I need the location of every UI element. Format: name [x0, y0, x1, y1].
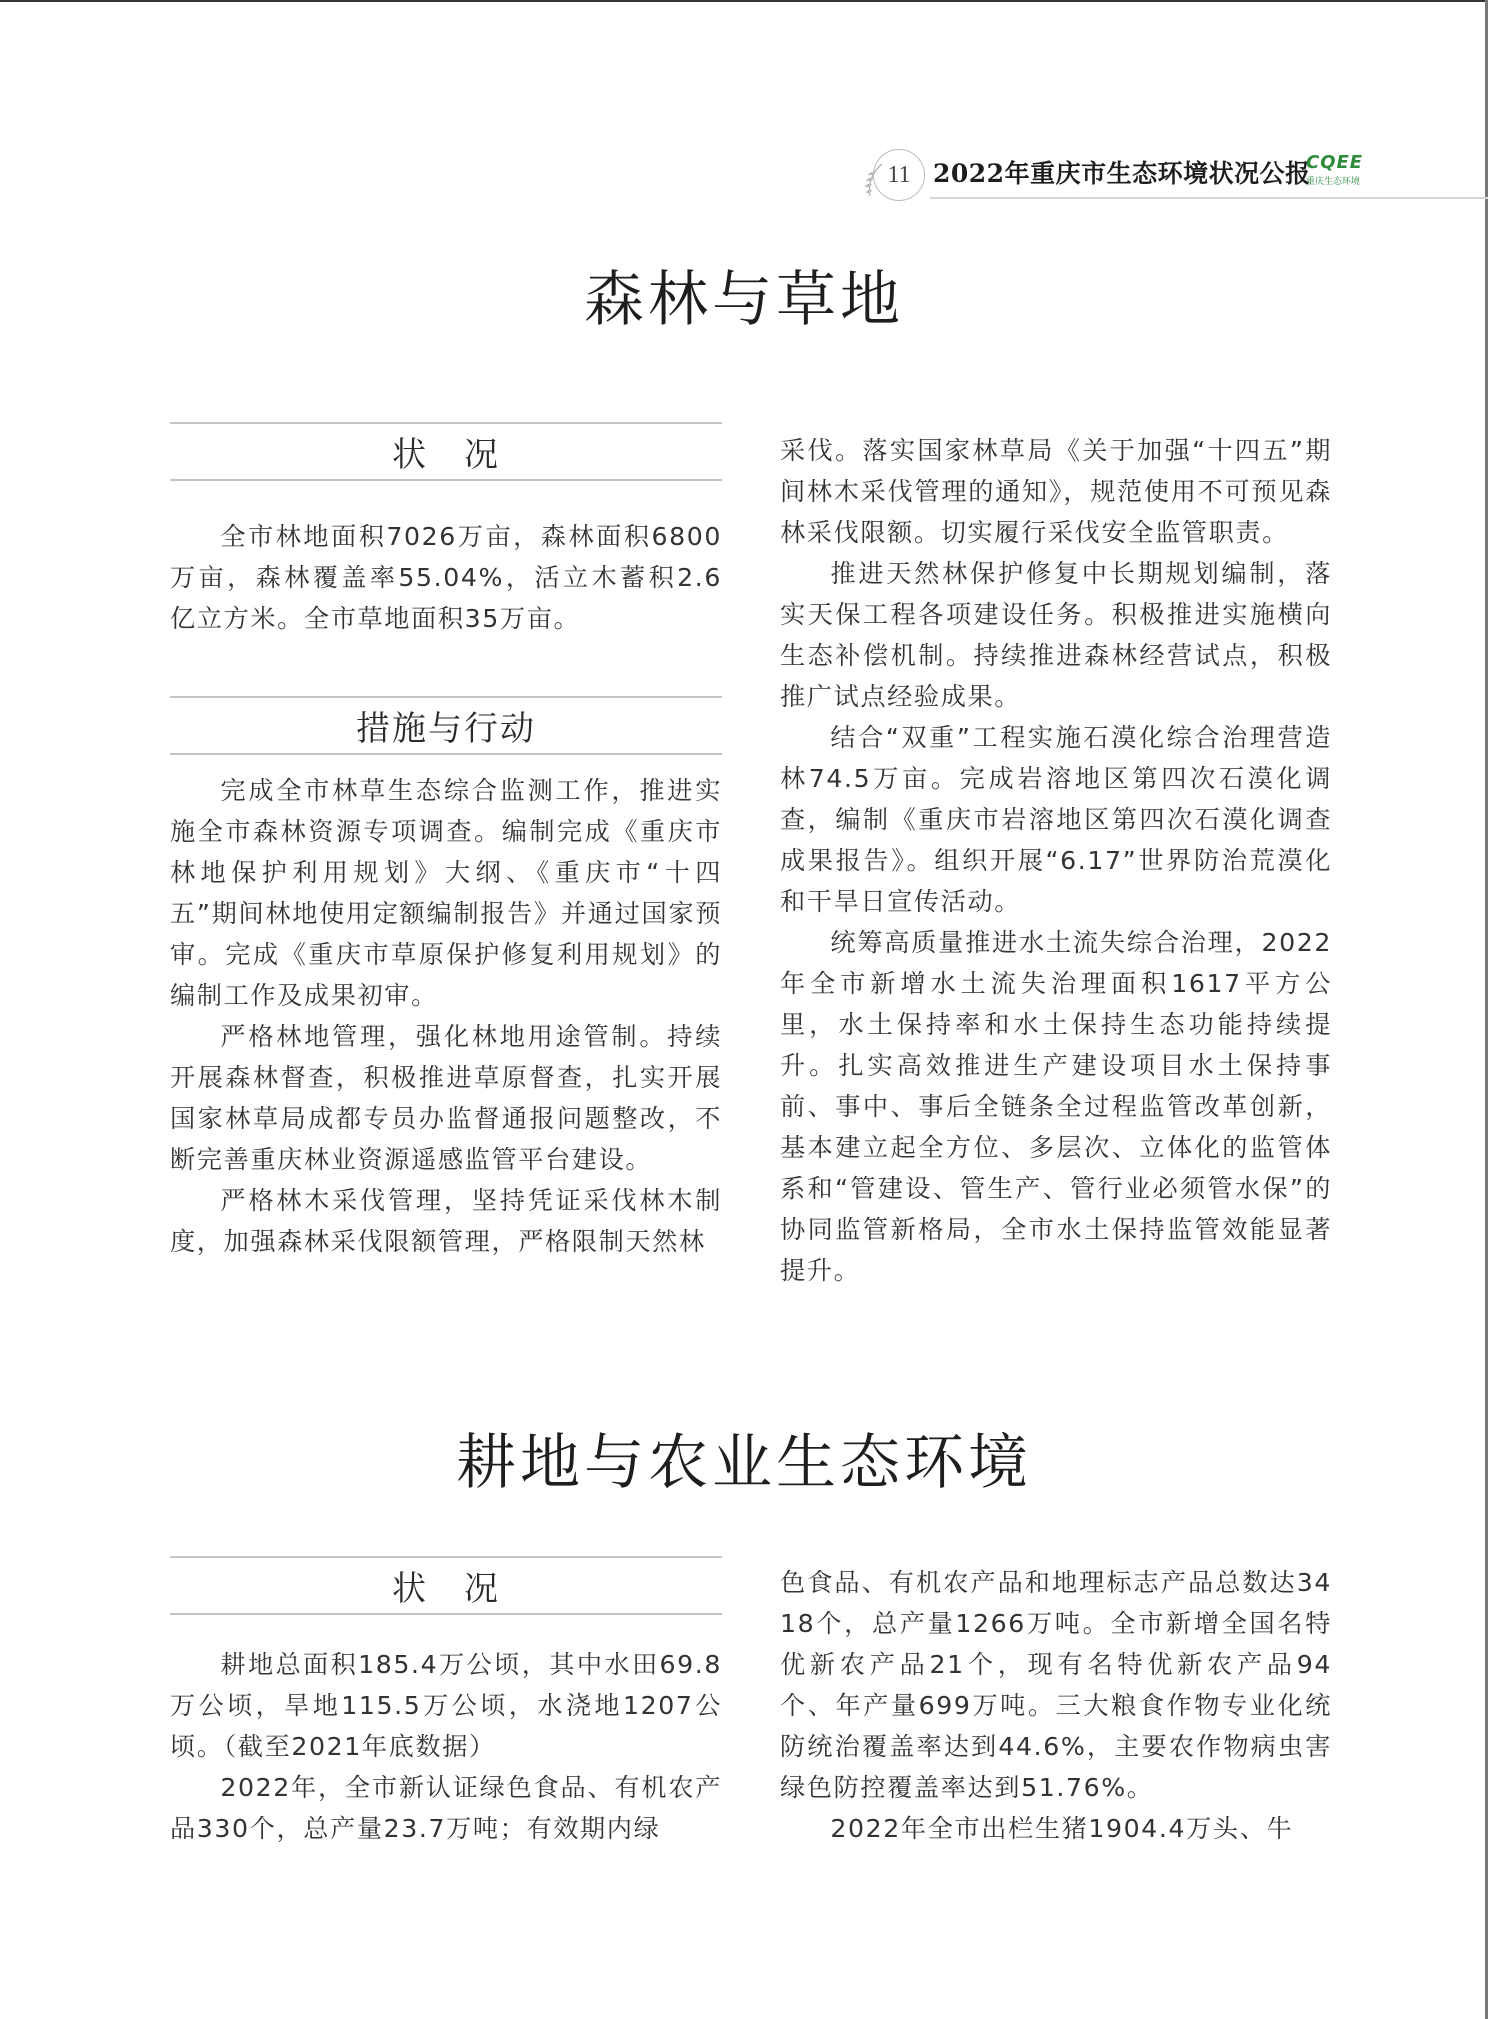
- right-column-farmland: 色食品、有机农产品和地理标志产品总数达3418个，总产量1266万吨。全市新增全…: [780, 1562, 1332, 1849]
- paragraph: 完成全市林草生态综合监测工作，推进实施全市森林资源专项调查。编制完成《重庆市林地…: [170, 770, 722, 1016]
- paragraph: 色食品、有机农产品和地理标志产品总数达3418个，总产量1266万吨。全市新增全…: [780, 1562, 1332, 1808]
- paragraph: 严格林木采伐管理，坚持凭证采伐林木制度，加强森林采伐限额管理，严格限制天然林: [170, 1180, 722, 1262]
- paragraph: 采伐。落实国家林草局《关于加强“十四五”期间林木采伐管理的通知》，规范使用不可预…: [780, 430, 1332, 553]
- left-column-farmland: 耕地总面积185.4万公顷，其中水田69.8万公顷，旱地115.5万公顷，水浇地…: [170, 1644, 722, 1849]
- report-title: 2022年重庆市生态环境状况公报: [933, 154, 1311, 190]
- paragraph: 2022年全市出栏生猪1904.4万头、牛: [780, 1808, 1332, 1849]
- paragraph: 推进天然林保护修复中长期规划编制，落实天保工程各项建设任务。积极推进实施横向生态…: [780, 553, 1332, 717]
- section-heading-text: 措施与行动: [356, 701, 536, 750]
- header-rule: [930, 197, 1488, 199]
- brand-logo: CQEE 重庆生态环境: [1306, 154, 1376, 194]
- left-column-actions: 完成全市林草生态综合监测工作，推进实施全市森林资源专项调查。编制完成《重庆市林地…: [170, 770, 722, 1262]
- section-heading-actions: 措施与行动: [170, 696, 722, 755]
- paragraph: 全市林地面积7026万亩，森林面积6800万亩，森林覆盖率55.04%，活立木蓄…: [170, 516, 722, 639]
- paragraph: 严格林地管理，强化林地用途管制。持续开展森林督查，积极推进草原督查，扎实开展国家…: [170, 1016, 722, 1180]
- left-column-status: 全市林地面积7026万亩，森林面积6800万亩，森林覆盖率55.04%，活立木蓄…: [170, 516, 722, 639]
- section-heading-text: 状 况: [392, 427, 500, 476]
- page-number: 11: [873, 149, 925, 201]
- chapter-title-farmland: 耕地与农业生态环境: [0, 1415, 1488, 1501]
- running-header: 11 2022年重庆市生态环境状况公报 CQEE 重庆生态环境: [860, 140, 1488, 210]
- right-column-forest: 采伐。落实国家林草局《关于加强“十四五”期间林木采伐管理的通知》，规范使用不可预…: [780, 430, 1332, 1291]
- paragraph: 结合“双重”工程实施石漠化综合治理营造林74.5万亩。完成岩溶地区第四次石漠化调…: [780, 717, 1332, 922]
- section-heading-status: 状 况: [170, 422, 722, 481]
- section-heading-text: 状 况: [392, 1561, 500, 1610]
- section-heading-status-farmland: 状 况: [170, 1556, 722, 1615]
- paragraph: 2022年，全市新认证绿色食品、有机农产品330个，总产量23.7万吨；有效期内…: [170, 1767, 722, 1849]
- page-top-border: [0, 0, 1488, 2]
- brand-name: 重庆生态环境: [1306, 174, 1376, 187]
- chapter-title-forest: 森林与草地: [0, 252, 1488, 338]
- paragraph: 统筹高质量推进水土流失综合治理，2022年全市新增水土流失治理面积1617平方公…: [780, 922, 1332, 1291]
- paragraph: 耕地总面积185.4万公顷，其中水田69.8万公顷，旱地115.5万公顷，水浇地…: [170, 1644, 722, 1767]
- brand-mark-icon: CQEE: [1306, 154, 1376, 172]
